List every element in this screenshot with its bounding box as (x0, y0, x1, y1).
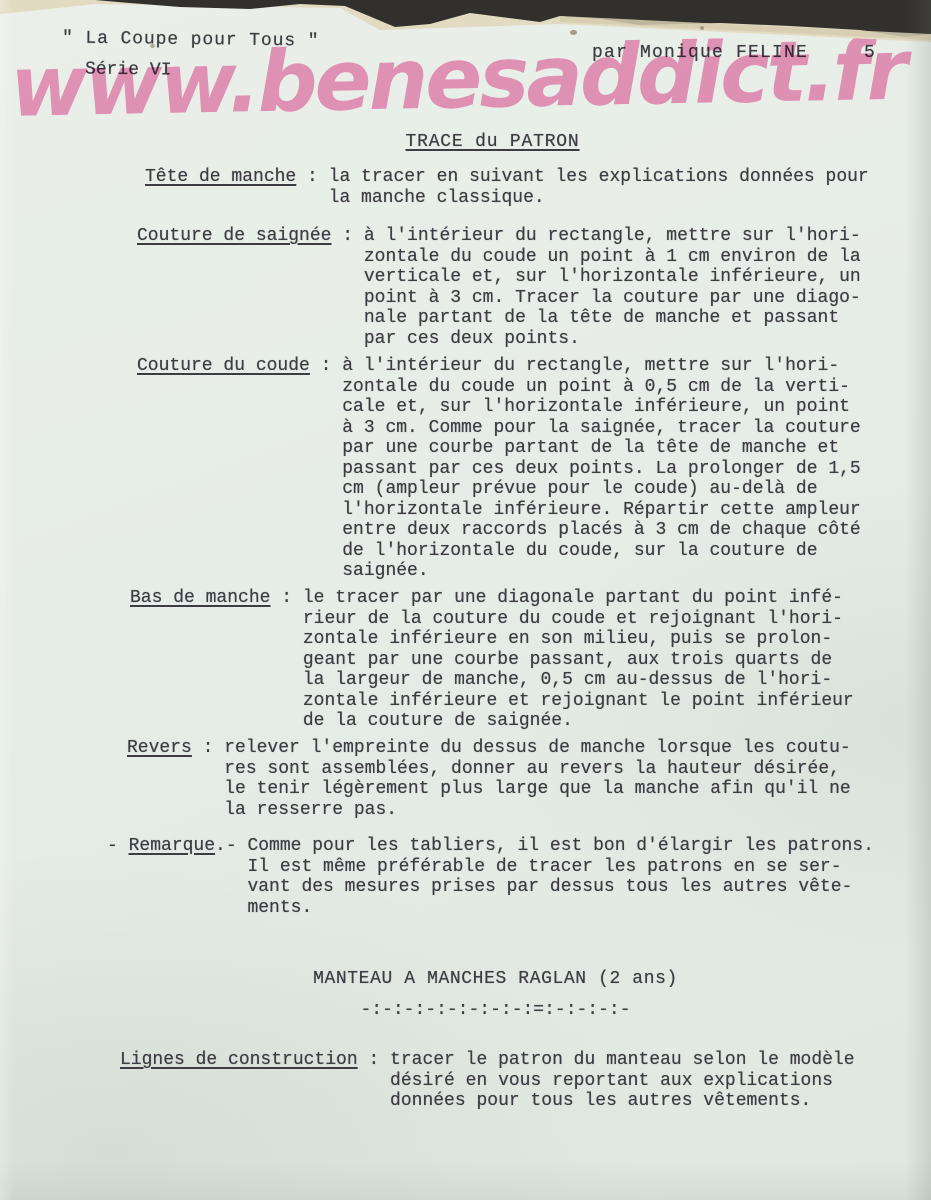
subsection-heading-block: MANTEAU A MANCHES RAGLAN (2 ans) -:-:-:-… (80, 969, 911, 1020)
section-bas-de-manche: Bas de manche : le tracer par une diagon… (130, 588, 854, 732)
section-body: le tracer par une diagonale partant du p… (303, 588, 854, 732)
section-remarque: - Remarque.- Comme pour les tabliers, il… (107, 836, 874, 918)
section-revers: Revers : relever l'empreinte du dessus d… (127, 738, 851, 820)
section-lignes-de-construction: Lignes de construction : tracer le patro… (120, 1050, 855, 1112)
torn-paper-edge (0, 0, 931, 48)
section-body: la tracer en suivant les explications do… (329, 167, 869, 208)
section-body: tracer le patron du manteau selon le mod… (390, 1050, 854, 1112)
section-label: Bas de manche : (130, 588, 303, 609)
paper-stain (700, 26, 704, 30)
section-label: Revers : (127, 738, 224, 759)
section-body: à l'intérieur du rectangle, mettre sur l… (342, 356, 860, 582)
page-heading: TRACE du PATRON (54, 132, 931, 153)
section-label: - Remarque.- (107, 836, 247, 857)
section-couture-de-saignee: Couture de saignée : à l'intérieur du re… (137, 226, 861, 349)
section-label: Lignes de construction : (120, 1050, 390, 1071)
section-tete-de-manche: Tête de manche : la tracer en suivant le… (145, 167, 869, 208)
paper-stain (150, 44, 155, 48)
subsection-title: MANTEAU A MANCHES RAGLAN (2 ans) (80, 969, 911, 990)
section-label: Couture du coude : (137, 356, 342, 377)
section-label: Tête de manche : (145, 167, 329, 188)
section-couture-du-coude: Couture du coude : à l'intérieur du rect… (137, 356, 861, 582)
section-body: relever l'empreinte du dessus de manche … (224, 738, 851, 820)
paper-stain (570, 30, 577, 35)
section-body: à l'intérieur du rectangle, mettre sur l… (364, 226, 861, 349)
section-body: Comme pour les tabliers, il est bon d'él… (247, 836, 874, 918)
scanned-document-page: " La Coupe pour Tous " Série VI par Moni… (0, 0, 931, 1200)
ornamental-divider: -:-:-:-:-:-:-:-:=:-:-:-:- (80, 1000, 911, 1021)
section-label: Couture de saignée : (137, 226, 364, 247)
